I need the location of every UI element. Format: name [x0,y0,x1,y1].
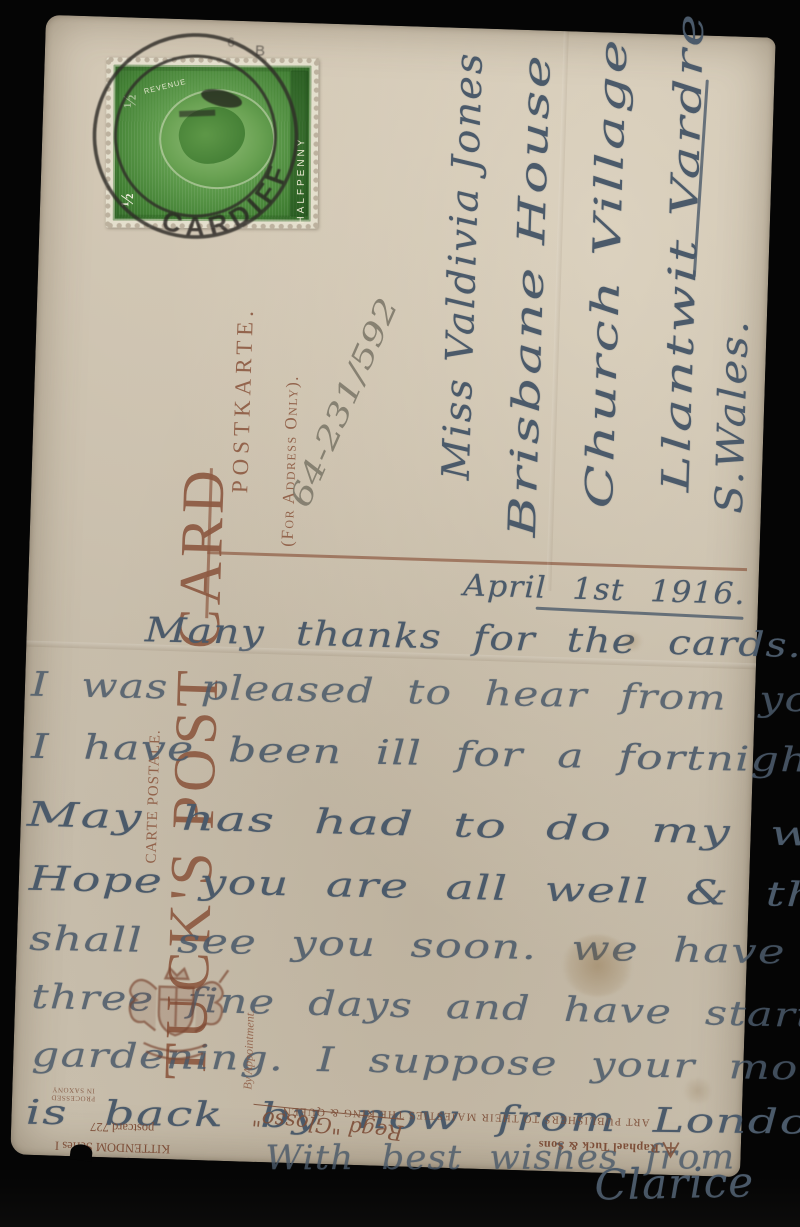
scan-floor-shadow [0,1177,800,1227]
postcard: TUCK'S POST CARD POSTKARTE. (For Address… [10,15,775,1177]
postmark-index-letter: B [255,42,266,59]
postcard-number: postcard 727 [67,1118,177,1136]
scan-background: TUCK'S POST CARD POSTKARTE. (For Address… [0,0,800,1227]
postmark-town-text: CARDIFF [149,147,312,267]
message-line: I was pleased to hear from you. [31,665,800,722]
by-appointment-label: By Appointment. [240,1010,257,1090]
royal-arms-crest [103,941,249,1075]
message-date: April 1st 1916. [463,568,746,612]
postmark-time-mark: 6 [227,35,235,50]
svg-text:CARDIFF: CARDIFF [149,147,312,267]
postkarte-label: POSTKARTE. [227,306,259,494]
message-line: May has had to do my work. [27,795,800,858]
postmark-cancellation: CARDIFF B 6 [48,7,346,282]
address-line-3: Church Village [577,36,636,509]
message-line: Hope you are all well & that we [29,859,800,919]
address-line-1: Miss Valdivia Jones [434,51,491,481]
address-line-5: S.Wales. [707,318,757,514]
tuck-easel-trademark [658,1139,683,1160]
postmark-smudge [199,86,244,112]
series-title: KITTENDOM Series I [36,1137,188,1157]
saxony-imprint: PROCESSED IN SAXONY [42,1085,104,1103]
address-line-4: Llantwit Vardre [653,11,712,493]
